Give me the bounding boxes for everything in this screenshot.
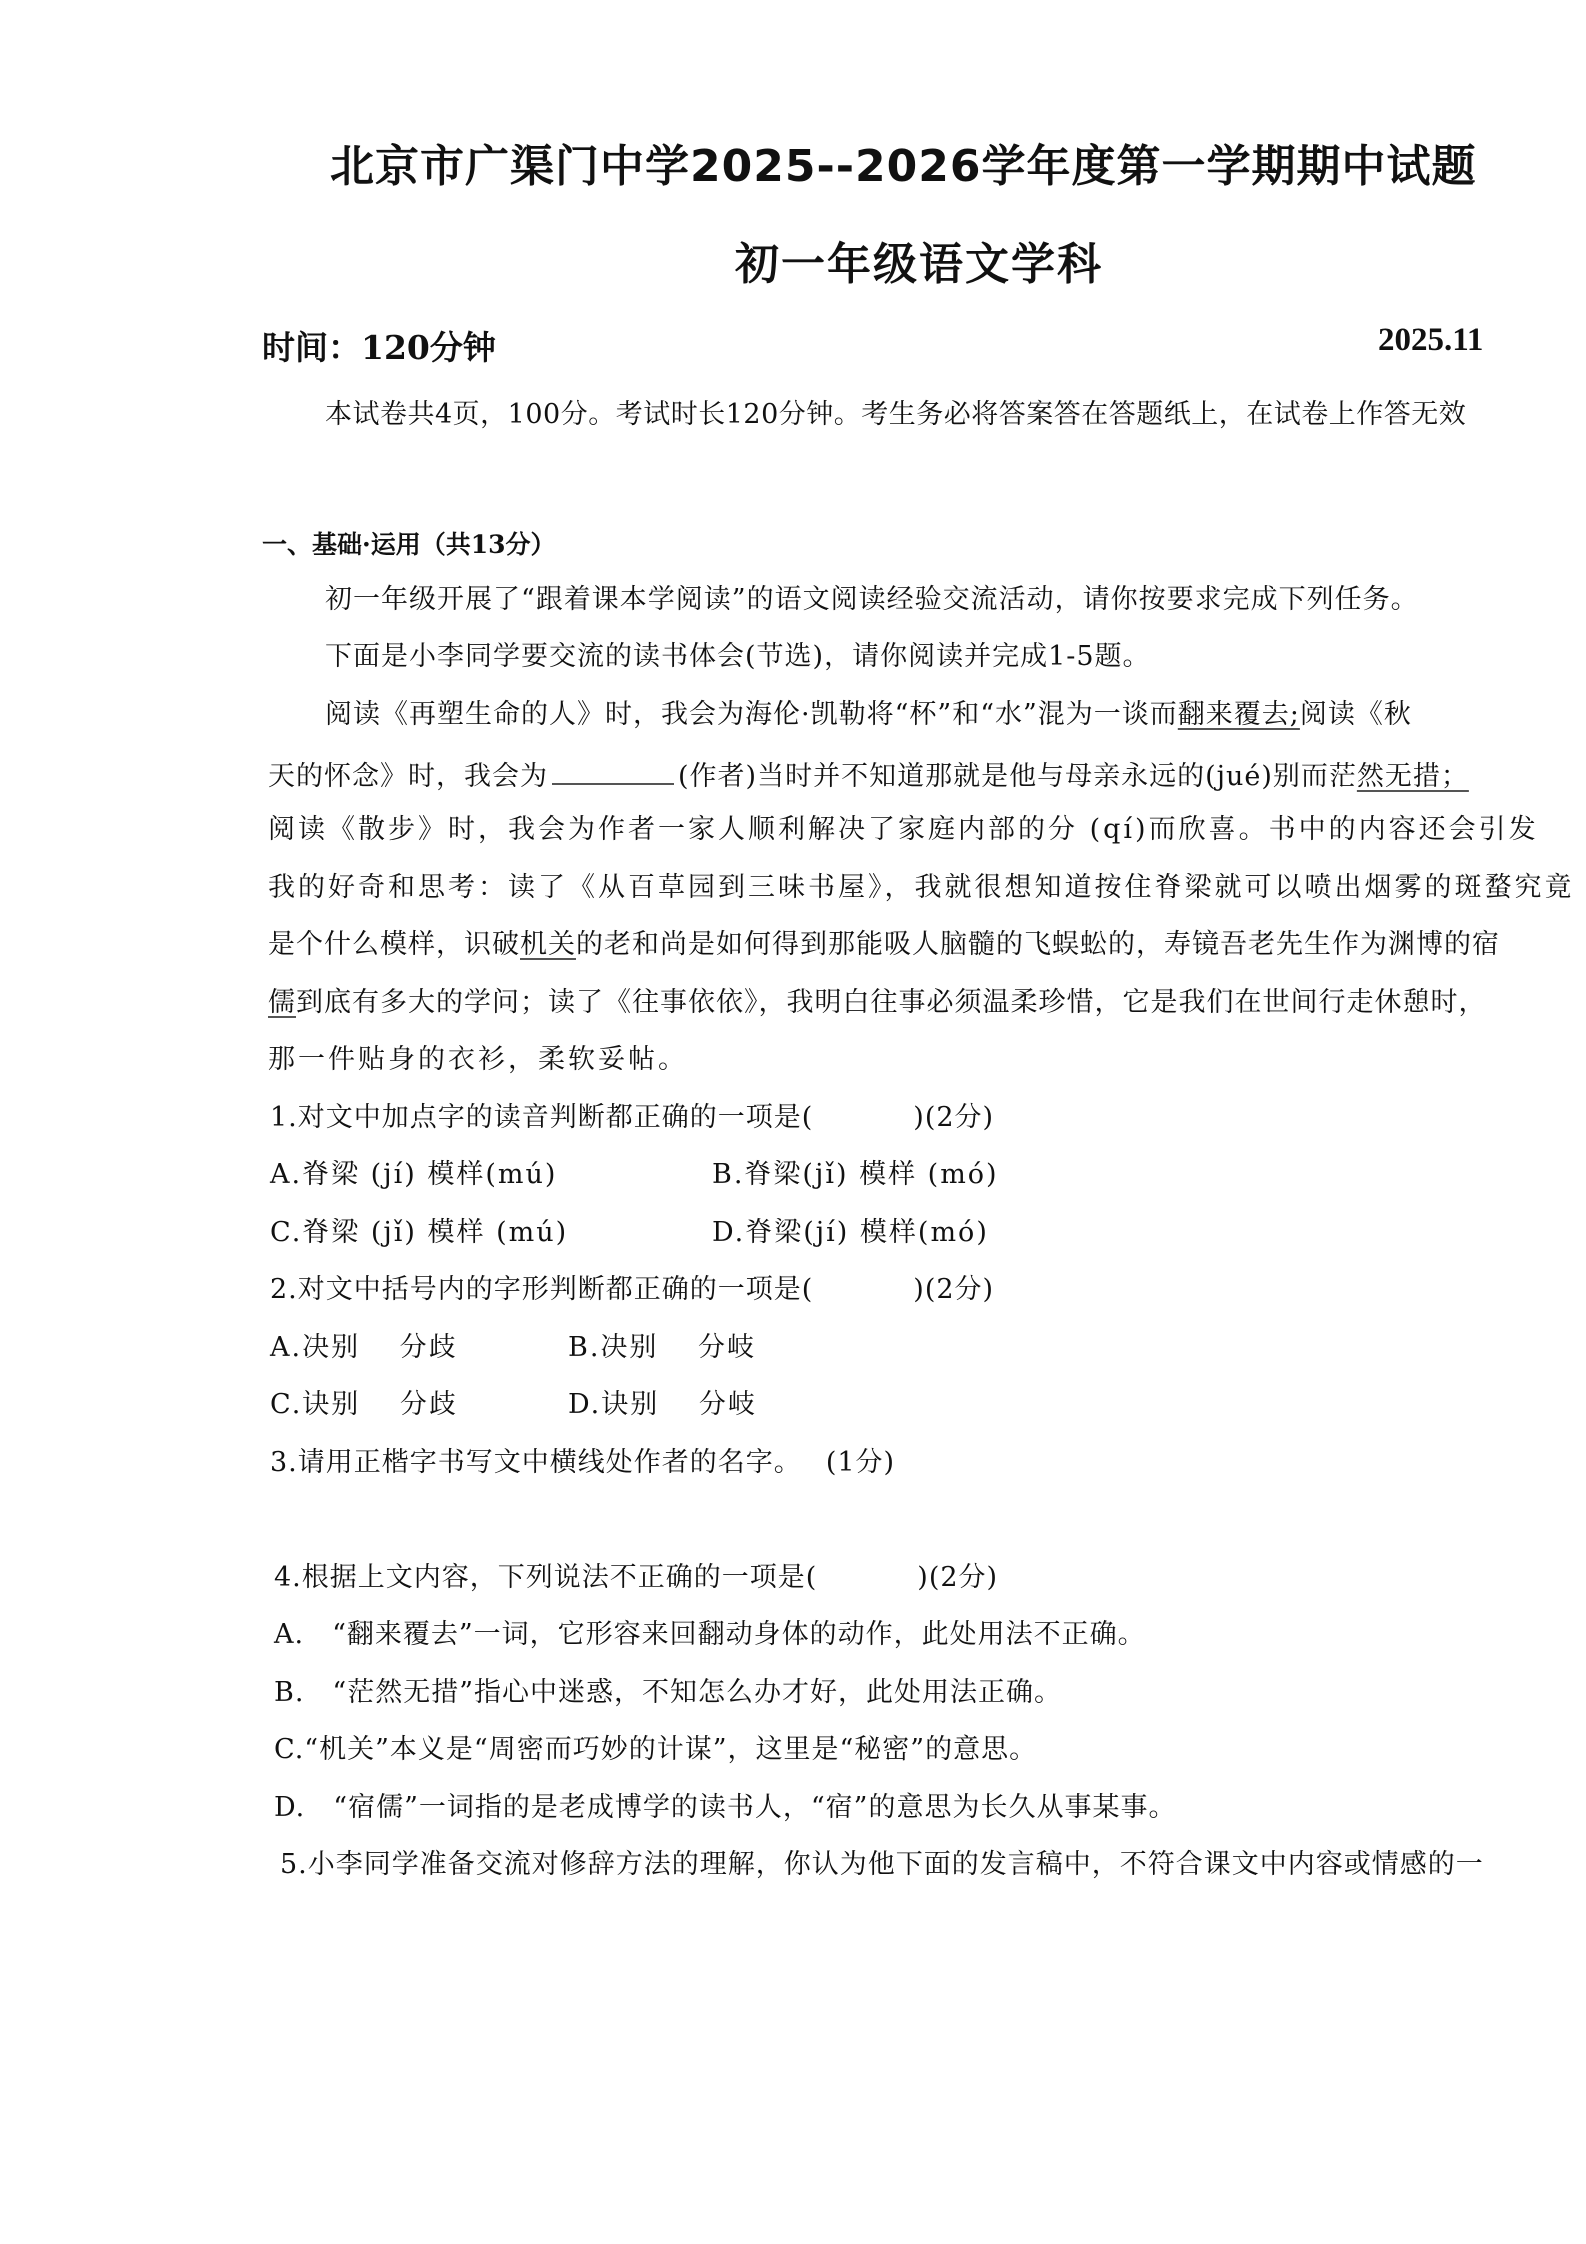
exam-subtitle: 初一年级语文学科: [0, 228, 1586, 292]
section-intro: 初一年级开展了“跟着课本学阅读”的语文阅读经验交流活动，请你按要求完成下列任务。: [325, 580, 1419, 620]
exam-title: 北京市广渠门中学2025--2026学年度第一学期期中试题: [0, 130, 1586, 194]
underlined-word: 儒: [268, 987, 296, 1018]
passage-line: 阅读《散步》时，我会为作者一家人顺利解决了家庭内部的分 (qí)而欣喜。书中的内…: [268, 810, 1539, 850]
underlined-word: 机关: [520, 929, 576, 960]
q1-option-d: D.脊梁(jí) 模样(mó): [712, 1213, 989, 1253]
q4-option-d: D. “宿儒”一词指的是老成博学的读书人，“宿”的意思为长久从事某事。: [274, 1788, 1176, 1828]
question-4: 4.根据上文内容，下列说法不正确的一项是()(2分): [274, 1558, 998, 1598]
underlined-word: 然无措；: [1357, 761, 1469, 792]
passage-intro: 下面是小李同学要交流的读书体会(节选)，请你阅读并完成1-5题。: [325, 637, 1151, 677]
q4-option-a: A. “翻来覆去”一词，它形容来回翻动身体的动作，此处用法不正确。: [274, 1615, 1146, 1655]
passage-text: (作者)当时并不知道那就是他与母亲永远的(jué)别而茫: [678, 761, 1357, 792]
passage-line: 儒到底有多大的学问；读了《往事依依》，我明白往事必须温柔珍惜，它是我们在世间行走…: [268, 983, 1487, 1023]
exam-date: 2025.11: [1378, 322, 1483, 359]
question-stem: 4.根据上文内容，下列说法不正确的一项是(: [274, 1562, 817, 1593]
passage-line: 我的好奇和思考：读了《从百草园到三味书屋》，我就很想知道按住脊梁就可以喷出烟雾的…: [268, 868, 1575, 908]
exam-notice: 本试卷共4页，100分。考试时长120分钟。考生务必将答案答在答题纸上，在试卷上…: [325, 395, 1466, 435]
passage-line: 那一件贴身的衣衫，柔软妥帖。: [268, 1040, 688, 1080]
question-stem: 1.对文中加点字的读音判断都正确的一项是(: [270, 1102, 813, 1133]
question-score: )(2分): [913, 1102, 994, 1133]
underlined-word: 翻来覆去;: [1178, 699, 1300, 730]
q2-option-c: C.诀别 分歧: [270, 1385, 458, 1425]
question-5: 5.小李同学准备交流对修辞方法的理解，你认为他下面的发言稿中，不符合课文中内容或…: [280, 1845, 1484, 1885]
question-1: 1.对文中加点字的读音判断都正确的一项是()(2分): [270, 1098, 994, 1138]
q2-option-d: D.诀别 分岐: [568, 1385, 757, 1425]
passage-text: 阅读《再塑生命的人》时，我会为海伦·凯勒将“杯”和“水”混为一谈而: [325, 699, 1178, 730]
section-heading: 一、基础·运用（共13分）: [262, 525, 556, 561]
question-3: 3.请用正楷字书写文中横线处作者的名字。 (1分): [270, 1443, 895, 1483]
exam-duration: 时间：120分钟: [262, 322, 496, 369]
q1-option-a: A.脊梁 (jí) 模样(mú): [270, 1155, 557, 1195]
exam-page: 北京市广渠门中学2025--2026学年度第一学期期中试题 初一年级语文学科 时…: [0, 0, 1586, 2244]
passage-line: 阅读《再塑生命的人》时，我会为海伦·凯勒将“杯”和“水”混为一谈而翻来覆去;阅读…: [325, 695, 1412, 735]
q1-option-b: B.脊梁(jǐ) 模样 (mó): [712, 1155, 999, 1195]
passage-text: 的老和尚是如何得到那能吸人脑髓的飞蜈蚣的，寿镜吾老先生作为渊博的宿: [576, 929, 1500, 960]
q1-option-c: C.脊梁 (jǐ) 模样 (mú): [270, 1213, 568, 1253]
question-stem: 2.对文中括号内的字形判断都正确的一项是(: [270, 1274, 813, 1305]
question-2: 2.对文中括号内的字形判断都正确的一项是()(2分): [270, 1270, 994, 1310]
passage-text: 天的怀念》时，我会为: [268, 761, 548, 792]
passage-text: 到底有多大的学问；读了《往事依依》，我明白往事必须温柔珍惜，它是我们在世间行走休…: [296, 987, 1487, 1018]
q4-option-b: B. “茫然无措”指心中迷惑，不知怎么办才好，此处用法正确。: [274, 1673, 1062, 1713]
passage-line: 天的怀念》时，我会为(作者)当时并不知道那就是他与母亲永远的(jué)别而茫然无…: [268, 753, 1469, 797]
question-score: )(2分): [913, 1274, 994, 1305]
q4-option-c: C.“机关”本义是“周密而巧妙的计谋”，这里是“秘密”的意思。: [274, 1730, 1037, 1770]
q2-option-a: A.决别 分歧: [270, 1328, 458, 1368]
passage-line: 是个什么模样，识破机关的老和尚是如何得到那能吸人脑髓的飞蜈蚣的，寿镜吾老先生作为…: [268, 925, 1500, 965]
author-name-blank: [552, 753, 674, 785]
question-score: )(2分): [917, 1562, 998, 1593]
passage-text: 是个什么模样，识破: [268, 929, 520, 960]
q2-option-b: B.决别 分岐: [568, 1328, 756, 1368]
passage-text: 阅读《秋: [1300, 699, 1412, 730]
